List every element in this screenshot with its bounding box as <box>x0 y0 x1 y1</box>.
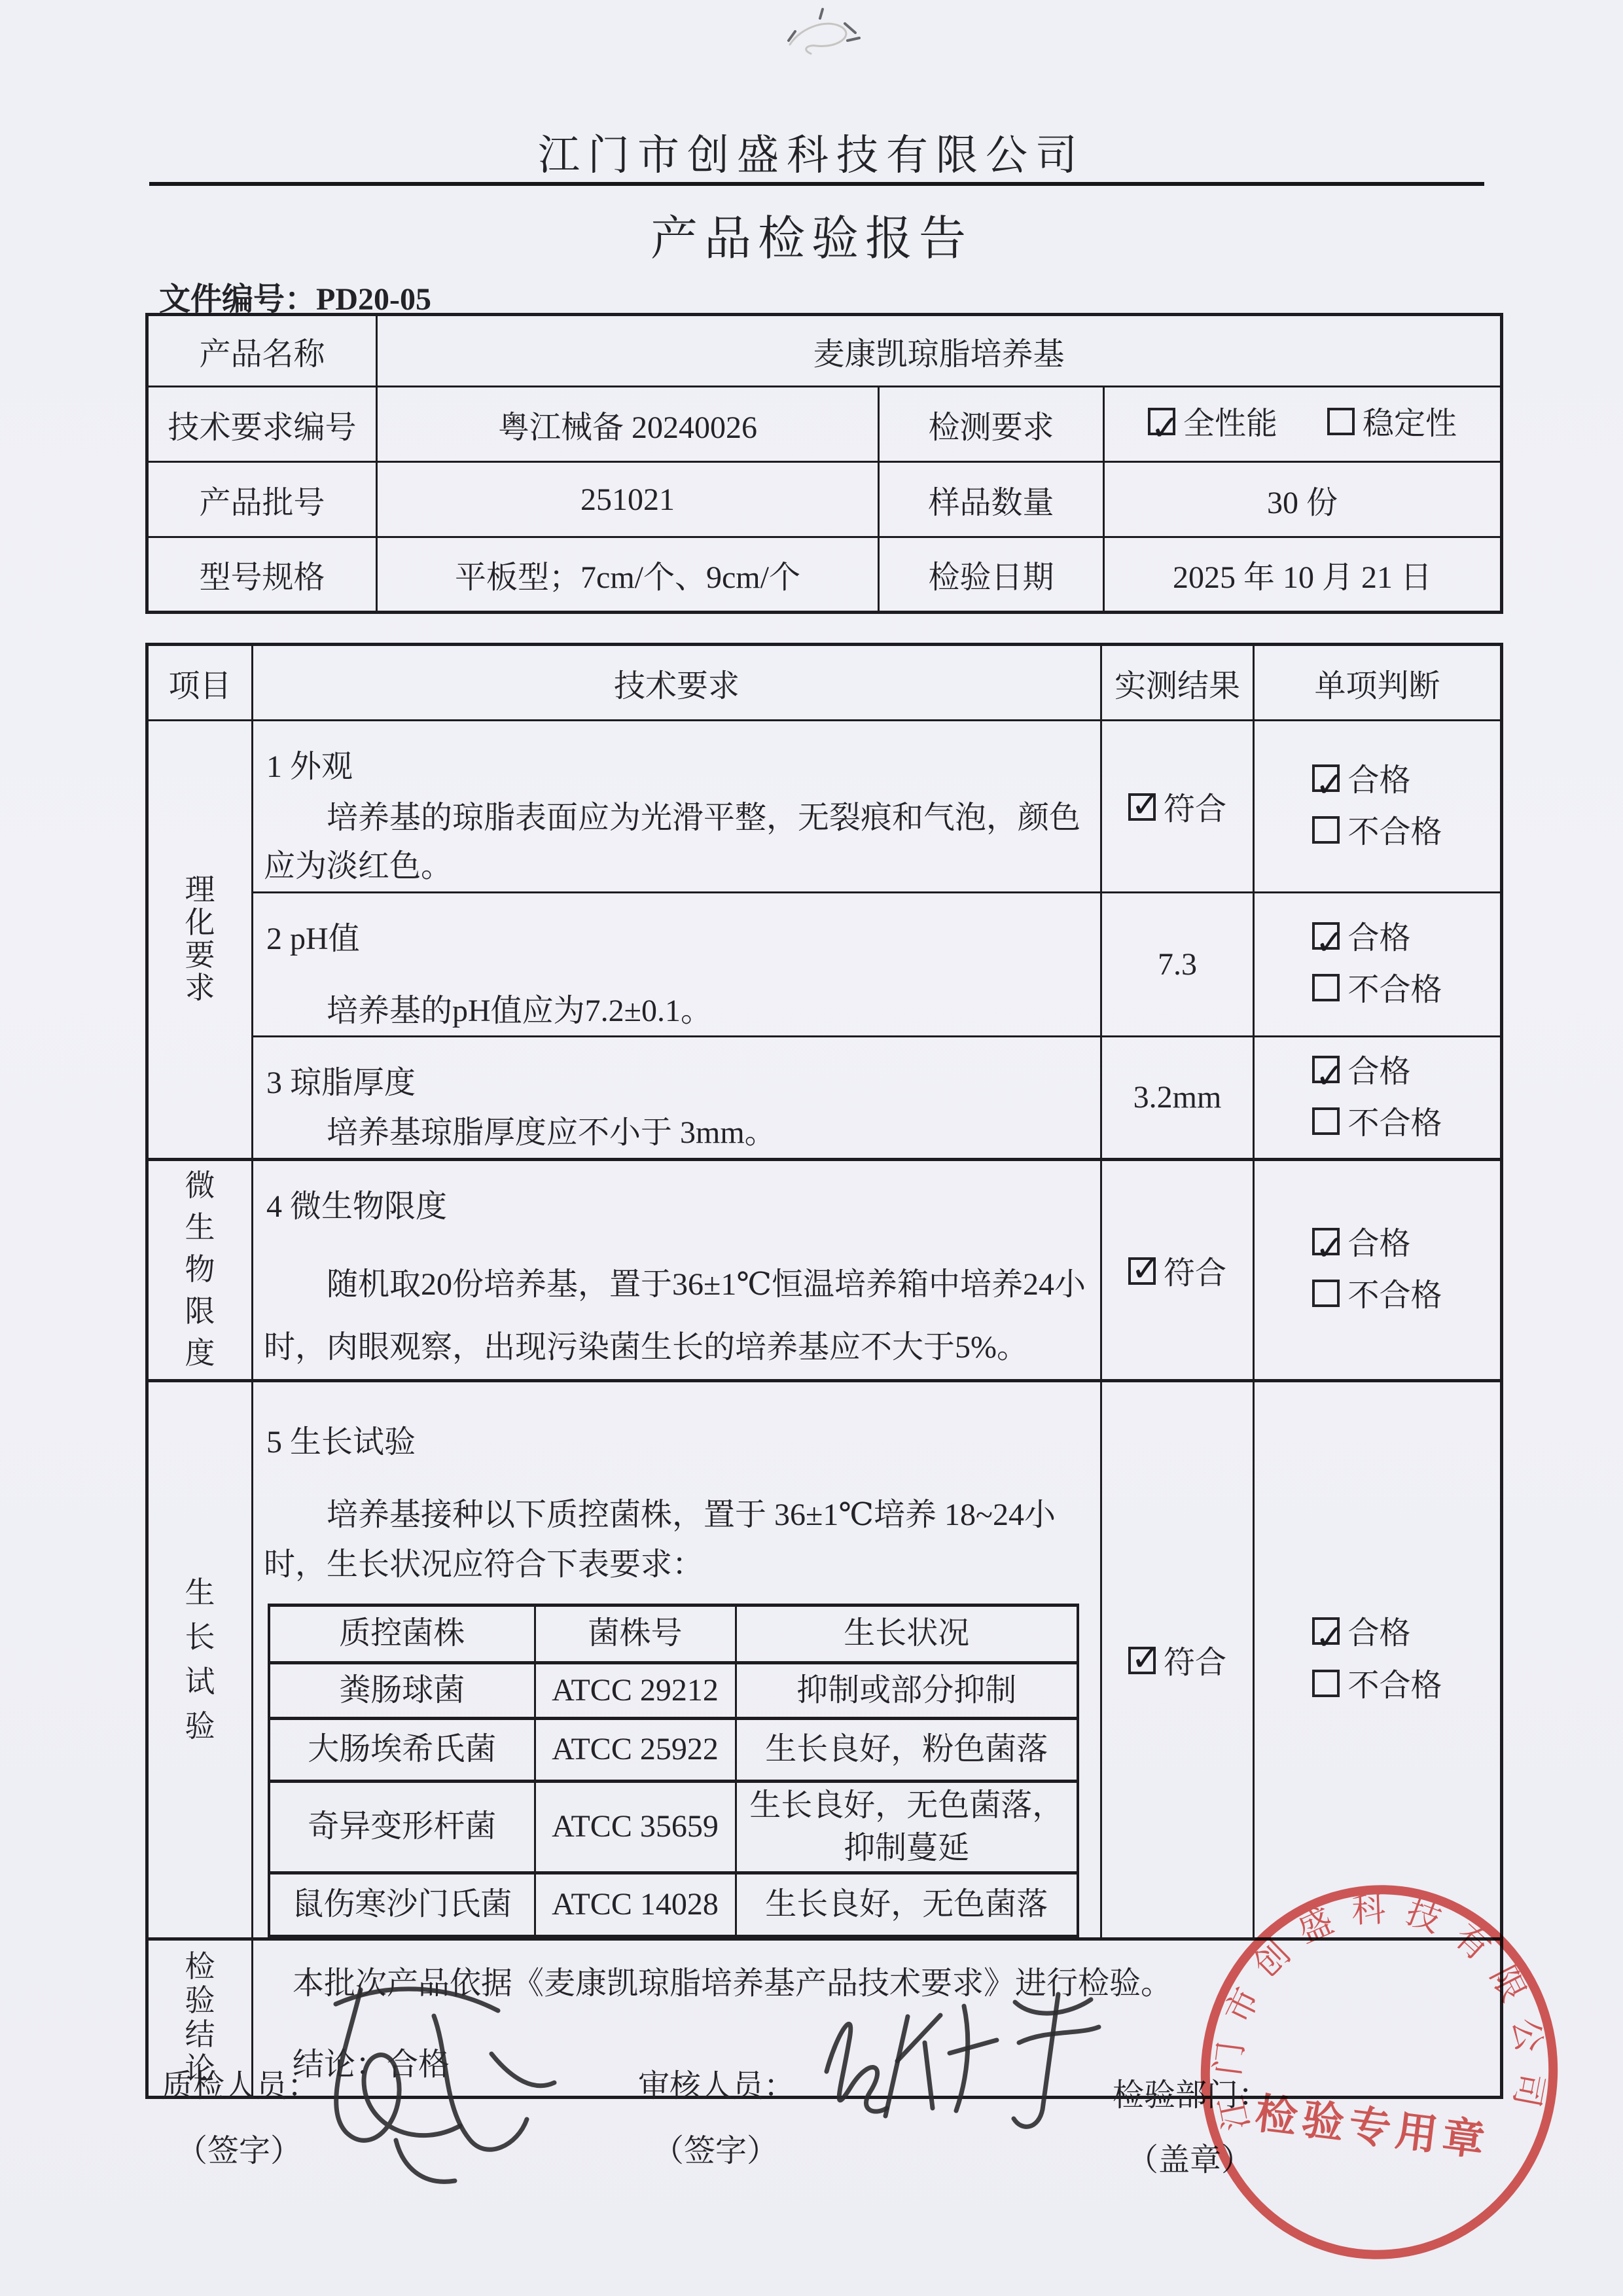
strain-growth: 抑制或部分抑制 <box>736 1663 1078 1719</box>
product-info-table: 产品名称 麦康凯琼脂培养基 技术要求编号 粤江械备 20240026 检测要求 … <box>145 313 1503 614</box>
strain-growth: 生长良好，粉色菌落 <box>736 1719 1078 1782</box>
requirement-growth-test: 5 生长试验 培养基接种以下质控菌株，置于 36±1℃培养 18~24小时，生长… <box>253 1380 1101 1939</box>
requirement-body: 培养基接种以下质控菌株，置于 36±1℃培养 18~24小时，生长状况应符合下表… <box>264 1490 1088 1591</box>
strain-name: 鼠伤寒沙门氏菌 <box>269 1873 535 1936</box>
title-divider <box>149 182 1484 186</box>
pass-option: 合格 <box>1312 912 1442 964</box>
requirement-body: 培养基的琼脂表面应为光滑平整，无裂痕和气泡，颜色应为淡红色。 <box>264 794 1088 891</box>
checkbox-pass <box>1312 1056 1340 1083</box>
checkbox-full-performance <box>1148 408 1175 435</box>
judgement-appearance: 合格 不合格 <box>1254 721 1502 893</box>
tech-req-no-value: 粤江械备 20240026 <box>377 387 879 462</box>
doc-number-value: PD20-05 <box>316 282 431 317</box>
requirement-body: 随机取20份培养基，置于36±1℃恒温培养箱中培养24小时，肉眼观察，出现污染菌… <box>264 1253 1088 1379</box>
strain-col-code: 菌株号 <box>535 1605 736 1663</box>
checkbox-pass <box>1312 1617 1340 1645</box>
doc-number: 文件编号：PD20-05 <box>159 274 431 319</box>
strain-name: 奇异变形杆菌 <box>269 1782 535 1873</box>
reviewer-signer-label: 审核人员： （签字） <box>638 2060 795 2170</box>
requirement-body: 培养基琼脂厚度应不小于 3mm。 <box>264 1109 1088 1157</box>
sample-qty-value: 30 份 <box>1104 462 1502 537</box>
tech-req-no-label: 技术要求编号 <box>147 387 377 462</box>
result-ph: 7.3 <box>1101 892 1254 1036</box>
model-label: 型号规格 <box>147 537 377 613</box>
judgement-growth-test: 合格 不合格 <box>1254 1380 1502 1939</box>
requirement-appearance: 1 外观 培养基的琼脂表面应为光滑平整，无裂痕和气泡，颜色应为淡红色。 <box>253 721 1101 893</box>
requirement-title: 1 外观 <box>266 741 1088 786</box>
qc-signature <box>298 1970 566 2206</box>
group-label-physchem: 理化要求 <box>147 721 253 1160</box>
scan-artifact <box>782 4 867 63</box>
fail-option: 不合格 <box>1312 1660 1442 1712</box>
report-page: 江门市创盛科技有限公司 产品检验报告 文件编号：PD20-05 产品名称 麦康凯… <box>0 0 1623 2296</box>
strain-name: 粪肠球菌 <box>269 1663 535 1719</box>
fail-option: 不合格 <box>1312 1270 1442 1321</box>
product-name-label: 产品名称 <box>147 315 377 387</box>
judgement-thickness: 合格 不合格 <box>1254 1037 1502 1159</box>
checkbox-comply <box>1128 793 1156 821</box>
stability-label: 稳定性 <box>1363 406 1457 441</box>
strain-code: ATCC 14028 <box>535 1873 736 1936</box>
full-performance-option: 全性能 <box>1148 406 1277 441</box>
requirement-title: 2 pH值 <box>266 913 1088 958</box>
strain-code: ATCC 25922 <box>535 1719 736 1782</box>
date-label: 检验日期 <box>879 537 1104 613</box>
strain-growth: 生长良好，无色菌落 <box>736 1873 1078 1936</box>
requirement-body: 培养基的pH值应为7.2±0.1。 <box>264 987 1088 1035</box>
requirement-title: 5 生长试验 <box>266 1416 1088 1462</box>
batch-label: 产品批号 <box>147 462 377 537</box>
report-title: 产品检验报告 <box>0 200 1623 268</box>
inspection-stamp: 江门市创盛科技有限公司 检验专用章 <box>1179 1865 1579 2280</box>
stability-option: 稳定性 <box>1327 406 1457 441</box>
group-label-growth: 生长试验 <box>147 1380 253 1939</box>
result-thickness: 3.2mm <box>1101 1037 1254 1159</box>
fail-option: 不合格 <box>1312 806 1442 858</box>
checkbox-fail <box>1312 1670 1340 1697</box>
strain-code: ATCC 35659 <box>535 1782 736 1873</box>
sample-qty-label: 样品数量 <box>879 462 1104 537</box>
col-header-judgement: 单项判断 <box>1254 645 1502 721</box>
checkbox-fail <box>1312 816 1340 844</box>
checkbox-stability <box>1327 408 1355 435</box>
reviewer-signature <box>789 1980 1129 2144</box>
result-appearance: 符合 <box>1101 721 1254 893</box>
strain-name: 大肠埃希氏菌 <box>269 1719 535 1782</box>
result-growth-test: 符合 <box>1101 1380 1254 1939</box>
judgement-microbial-limit: 合格 不合格 <box>1254 1159 1502 1380</box>
strain-table: 质控菌株 菌株号 生长状况 粪肠球菌 ATCC 29212 抑制或部分抑制 大肠… <box>268 1604 1079 1937</box>
strain-row: 大肠埃希氏菌 ATCC 25922 生长良好，粉色菌落 <box>269 1719 1078 1782</box>
checkbox-pass <box>1312 764 1340 792</box>
checkbox-comply <box>1128 1257 1156 1285</box>
test-req-options: 全性能 稳定性 <box>1104 387 1502 462</box>
requirement-thickness: 3 琼脂厚度 培养基琼脂厚度应不小于 3mm。 <box>253 1037 1101 1159</box>
checkbox-comply <box>1128 1647 1156 1674</box>
pass-option: 合格 <box>1312 1046 1442 1098</box>
checkbox-fail <box>1312 1280 1340 1307</box>
model-value: 平板型；7cm/个、9cm/个 <box>377 537 879 613</box>
group-label-micro: 微生物限度 <box>147 1159 253 1380</box>
strain-row: 粪肠球菌 ATCC 29212 抑制或部分抑制 <box>269 1663 1078 1719</box>
test-req-label: 检测要求 <box>879 387 1104 462</box>
requirement-ph: 2 pH值 培养基的pH值应为7.2±0.1。 <box>253 892 1101 1036</box>
pass-option: 合格 <box>1312 1607 1442 1659</box>
qc-signer-label: 质检人员： （签字） <box>162 2060 319 2170</box>
strain-row: 奇异变形杆菌 ATCC 35659 生长良好，无色菌落，抑制蔓延 <box>269 1782 1078 1873</box>
strain-code: ATCC 29212 <box>535 1663 736 1719</box>
strain-growth: 生长良好，无色菌落，抑制蔓延 <box>736 1782 1078 1873</box>
pass-option: 合格 <box>1312 1218 1442 1270</box>
col-header-requirement: 技术要求 <box>253 645 1101 721</box>
strain-row: 鼠伤寒沙门氏菌 ATCC 14028 生长良好，无色菌落 <box>269 1873 1078 1936</box>
doc-number-label: 文件编号： <box>159 282 316 317</box>
fail-option: 不合格 <box>1312 1098 1442 1149</box>
requirement-title: 4 微生物限度 <box>266 1181 1088 1226</box>
batch-value: 251021 <box>377 462 879 537</box>
date-value: 2025 年 10 月 21 日 <box>1104 537 1502 613</box>
full-performance-label: 全性能 <box>1183 406 1277 441</box>
requirement-title: 3 琼脂厚度 <box>266 1057 1088 1102</box>
checkbox-fail <box>1312 974 1340 1001</box>
checkbox-fail <box>1312 1107 1340 1135</box>
judgement-ph: 合格 不合格 <box>1254 892 1502 1036</box>
pass-option: 合格 <box>1312 755 1442 806</box>
col-header-result: 实测结果 <box>1101 645 1254 721</box>
company-name: 江门市创盛科技有限公司 <box>0 122 1623 182</box>
result-microbial-limit: 符合 <box>1101 1159 1254 1380</box>
checkbox-pass <box>1312 922 1340 950</box>
checkbox-pass <box>1312 1228 1340 1255</box>
product-name-value: 麦康凯琼脂培养基 <box>377 315 1502 387</box>
col-header-item: 项目 <box>147 645 253 721</box>
stamp-arc-text: 江门市创盛科技有限公司 <box>1179 1865 1579 2280</box>
strain-col-name: 质控菌株 <box>269 1605 535 1663</box>
strain-col-growth: 生长状况 <box>736 1605 1078 1663</box>
requirement-microbial-limit: 4 微生物限度 随机取20份培养基，置于36±1℃恒温培养箱中培养24小时，肉眼… <box>253 1159 1101 1380</box>
fail-option: 不合格 <box>1312 964 1442 1016</box>
